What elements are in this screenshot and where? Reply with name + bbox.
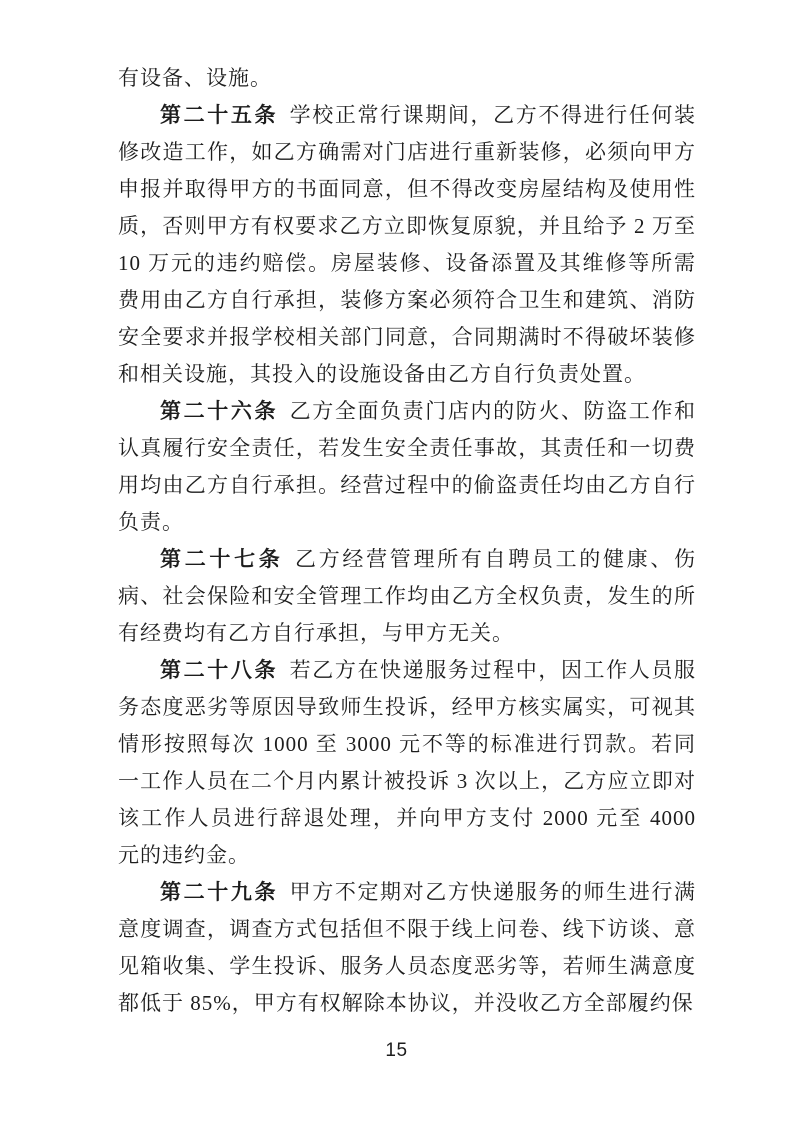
article-25: 第二十五条学校正常行课期间，乙方不得进行任何装修改造工作，如乙方确需对门店进行重… [118,97,696,393]
article-28: 第二十八条若乙方在快递服务过程中，因工作人员服务态度恶劣等原因导致师生投诉，经甲… [118,652,696,874]
article-29-heading: 第二十九条 [160,881,278,904]
article-25-body: 学校正常行课期间，乙方不得进行任何装修改造工作，如乙方确需对门店进行重新装修，必… [118,103,696,386]
article-28-heading: 第二十八条 [160,659,278,682]
article-25-heading: 第二十五条 [160,104,278,127]
article-26-heading: 第二十六条 [160,400,278,423]
article-27-heading: 第二十七条 [160,548,283,571]
article-27: 第二十七条乙方经营管理所有自聘员工的健康、伤病、社会保险和安全管理工作均由乙方全… [118,541,696,652]
article-28-body: 若乙方在快递服务过程中，因工作人员服务态度恶劣等原因导致师生投诉，经甲方核实属实… [118,658,696,867]
article-26: 第二十六条乙方全面负责门店内的防火、防盗工作和认真履行安全责任，若发生安全责任事… [118,393,696,541]
page-number: 15 [0,1040,793,1062]
paragraph-continuation: 有设备、设施。 [118,60,696,97]
document-page: 有设备、设施。 第二十五条学校正常行课期间，乙方不得进行任何装修改造工作，如乙方… [0,0,793,1122]
document-body: 有设备、设施。 第二十五条学校正常行课期间，乙方不得进行任何装修改造工作，如乙方… [118,60,696,1022]
article-29: 第二十九条甲方不定期对乙方快递服务的师生进行满意度调查，调查方式包括但不限于线上… [118,874,696,1022]
